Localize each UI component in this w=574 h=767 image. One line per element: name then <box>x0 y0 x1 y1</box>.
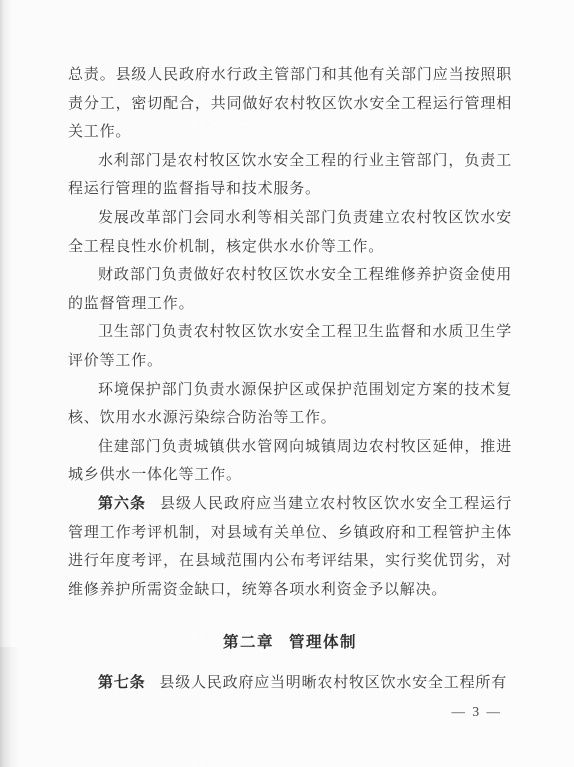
paragraph-text: 县级人民政府应当明晰农村牧区饮水安全工程所有 <box>159 675 507 691</box>
paragraph-text: 发展改革部门会同水利等相关部门负责建立农村牧区饮水安全工程良性水价机制，核定供水… <box>68 210 512 255</box>
document-body: 总责。县级人民政府水行政主管部门和其他有关部门应当按照职责分工，密切配合，共同做… <box>68 61 512 697</box>
chapter-2-heading: 第二章管理体制 <box>68 629 512 658</box>
paragraph-health-dept: 卫生部门负责农村牧区饮水安全工程卫生监督和水质卫生学评价等工作。 <box>68 318 512 375</box>
paragraph-article-6: 第六条县级人民政府应当建立农村牧区饮水安全工程运行管理工作考评机制，对县域有关单… <box>68 490 512 604</box>
chapter-title: 管理体制 <box>289 634 357 651</box>
article-7-label: 第七条 <box>98 675 145 691</box>
paragraph-article-7: 第七条县级人民政府应当明晰农村牧区饮水安全工程所有 <box>68 669 512 698</box>
paragraph-text: 环境保护部门负责水源保护区或保护范围划定方案的技术复核、饮用水水源污染综合防治等… <box>68 382 512 427</box>
paragraph-continuation: 总责。县级人民政府水行政主管部门和其他有关部门应当按照职责分工，密切配合，共同做… <box>68 61 512 147</box>
paragraph-text: 水利部门是农村牧区饮水安全工程的行业主管部门，负责工程运行管理的监督指导和技术服… <box>68 153 512 198</box>
paragraph-finance-dept: 财政部门负责做好农村牧区饮水安全工程维修养护资金使用的监督管理工作。 <box>68 261 512 318</box>
paragraph-development-reform-dept: 发展改革部门会同水利等相关部门负责建立农村牧区饮水安全工程良性水价机制，核定供水… <box>68 204 512 261</box>
page-number: — 3 — <box>452 704 503 720</box>
paragraph-housing-construction-dept: 住建部门负责城镇供水管网向城镇周边农村牧区延伸，推进城乡供水一体化等工作。 <box>68 433 512 490</box>
paragraph-environment-dept: 环境保护部门负责水源保护区或保护范围划定方案的技术复核、饮用水水源污染综合防治等… <box>68 376 512 433</box>
paragraph-water-dept: 水利部门是农村牧区饮水安全工程的行业主管部门，负责工程运行管理的监督指导和技术服… <box>68 147 512 204</box>
paragraph-text: 总责。县级人民政府水行政主管部门和其他有关部门应当按照职责分工，密切配合，共同做… <box>68 67 512 140</box>
article-6-label: 第六条 <box>98 496 146 512</box>
paragraph-text: 卫生部门负责农村牧区饮水安全工程卫生监督和水质卫生学评价等工作。 <box>68 324 512 369</box>
paragraph-text: 财政部门负责做好农村牧区饮水安全工程维修养护资金使用的监督管理工作。 <box>68 267 512 312</box>
document-page: 总责。县级人民政府水行政主管部门和其他有关部门应当按照职责分工，密切配合，共同做… <box>0 0 574 767</box>
chapter-number: 第二章 <box>223 634 274 651</box>
paragraph-text: 住建部门负责城镇供水管网向城镇周边农村牧区延伸，推进城乡供水一体化等工作。 <box>68 439 512 484</box>
